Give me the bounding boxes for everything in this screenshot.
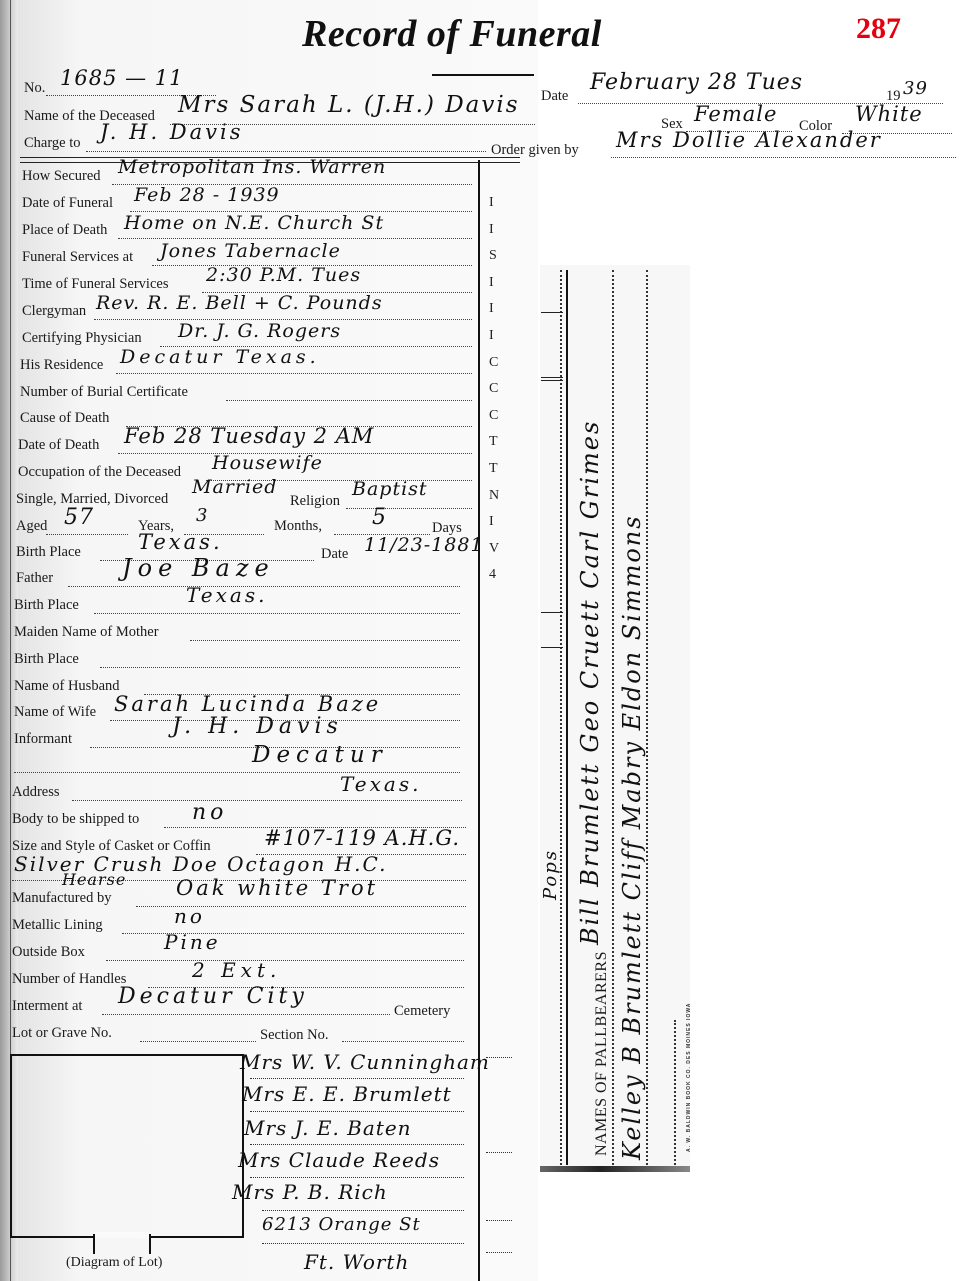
religion-label: Religion [290, 493, 340, 510]
address-label: Address [12, 784, 60, 801]
informant-value: J. H. Davis [172, 714, 343, 739]
occupation-value: Housewife [212, 452, 323, 474]
deceased-name-value: Mrs Sarah L. (J.H.) Davis [178, 92, 520, 118]
flower-bearer-5: Mrs P. B. Rich [232, 1180, 388, 1204]
informant-city: Decatur [252, 742, 388, 768]
lot-diagram-entry-left [93, 1234, 95, 1254]
religion-value: Baptist [352, 478, 428, 500]
lot-label: Lot or Grave No. [12, 1025, 112, 1042]
body-shipped-label: Body to be shipped to [12, 811, 139, 828]
date-of-funeral-label: Date of Funeral [22, 195, 113, 212]
date-value: February 28 Tues [590, 70, 803, 95]
handles-label: Number of Handles [12, 971, 126, 988]
date-label: Date [541, 88, 568, 105]
place-of-death-value: Home on N.E. Church St [124, 212, 384, 234]
charge-to-line [86, 151, 486, 152]
wife-label: Name of Wife [14, 704, 96, 721]
cause-of-death-label: Cause of Death [20, 410, 109, 427]
religion-line [346, 508, 472, 509]
certifying-physician-label: Certifying Physician [22, 330, 142, 347]
metallic-lining-label: Metallic Lining [12, 917, 103, 934]
residence-line [116, 373, 472, 374]
no-label: No. [24, 80, 45, 97]
residence-label: His Residence [20, 357, 103, 374]
strip-dotted-line-2 [612, 270, 614, 1165]
charge-to-label: Charge to [24, 135, 81, 152]
lot-diagram-label: (Diagram of Lot) [66, 1255, 162, 1271]
address-line [72, 800, 462, 801]
place-of-death-line [118, 238, 472, 239]
strip-dotted-line-1 [560, 270, 562, 1165]
mother-birth-place-label: Birth Place [14, 651, 79, 668]
title-underline [432, 74, 534, 76]
letter: S [489, 243, 501, 270]
date-of-death-label: Date of Death [18, 437, 99, 454]
mother-birth-place-line [100, 667, 460, 668]
address-value: Texas. [340, 772, 421, 796]
birth-place-text: Texas. [138, 530, 223, 554]
section-line [342, 1041, 464, 1042]
burial-certificate-line [226, 400, 472, 401]
letter: T [489, 456, 501, 483]
column-divider [478, 160, 480, 1281]
manufactured-overwrite: Hearse [62, 870, 126, 889]
color-value: White [855, 102, 923, 126]
lot-diagram-opening [93, 1232, 149, 1238]
how-secured-value: Metropolitan Ins. Warren [118, 156, 386, 178]
letter: I [489, 296, 501, 323]
letter: N [489, 483, 501, 510]
residence-value: Decatur Texas. [120, 346, 320, 368]
aged-years-value: 57 [64, 505, 94, 530]
time-of-services-value: 2:30 P.M. Tues [206, 264, 361, 286]
flower-bearer-2: Mrs E. E. Brumlett [242, 1082, 452, 1106]
letter: I [489, 323, 501, 350]
certifying-physician-value: Dr. J. G. Rogers [178, 320, 341, 342]
cemetery-label: Cemetery [394, 1003, 450, 1020]
strip-tick [541, 380, 563, 381]
aged-months-value: 3 [196, 505, 208, 526]
clergyman-label: Clergyman [22, 303, 86, 320]
page-number: 287 [856, 12, 901, 46]
burial-certificate-label: Number of Burial Certificate [20, 384, 188, 401]
flower-bearer-4: Mrs Claude Reeds [238, 1148, 440, 1172]
manufactured-value: Oak white Trot [176, 876, 378, 900]
letter: I [489, 270, 501, 297]
strip-tick [541, 312, 563, 313]
record-number: 1685 — 11 [60, 66, 184, 90]
strip-tick [541, 612, 563, 613]
outside-box-value: Pine [164, 930, 221, 954]
right-stub-1 [486, 1057, 512, 1058]
letter: 4 [489, 562, 501, 589]
strip-edge-shadow [540, 1166, 690, 1172]
father-value: Joe Baze [122, 554, 275, 582]
aged-days-value: 5 [372, 505, 387, 530]
lot-diagram-entry-right [149, 1234, 151, 1254]
letter: I [489, 217, 501, 244]
pallbearers-column-2: Kelley B Brumlett Cliff Mabry Eldon Simm… [618, 514, 646, 1160]
date-of-funeral-value: Feb 28 - 1939 [134, 184, 280, 206]
birth-date-value: 11/23-1881 [364, 534, 484, 556]
casket-value: #107-119 A.H.G. [264, 826, 460, 850]
flower-line-3 [250, 1144, 464, 1145]
aged-label: Aged [16, 518, 47, 535]
months-label: Months, [274, 518, 322, 535]
father-label: Father [16, 570, 53, 587]
interment-value: Decatur City [118, 984, 308, 1009]
flower-bearer-1: Mrs W. V. Cunningham [240, 1050, 490, 1074]
outside-box-line [106, 960, 464, 961]
charge-to-value: J. H. Davis [100, 120, 244, 144]
funeral-services-at-label: Funeral Services at [22, 249, 133, 266]
record-page: Record of Funeral 287 No. 1685 — 11 Date… [0, 0, 963, 1281]
flower-line-6 [262, 1243, 464, 1244]
pallbearers-strip [540, 265, 690, 1172]
aged-years-line [46, 534, 128, 535]
father-birth-place-value: Texas. [186, 583, 267, 607]
body-shipped-value: no [192, 800, 227, 825]
truncated-column-letters: I I S I I I C C C T T N I V 4 [489, 190, 501, 589]
right-stub-3 [486, 1220, 512, 1221]
flower-bearer-3: Mrs J. E. Baten [244, 1116, 412, 1140]
date-of-death-value: Feb 28 Tuesday 2 AM [124, 424, 374, 448]
strip-dotted-line-3 [646, 270, 648, 1165]
right-stub-4 [486, 1252, 512, 1253]
marital-value: Married [192, 476, 277, 498]
maiden-name-label: Maiden Name of Mother [14, 624, 159, 641]
right-stub-2 [486, 1152, 512, 1153]
order-given-by-line [611, 157, 956, 158]
lot-diagram-box [10, 1054, 244, 1238]
section-label: Section No. [260, 1027, 328, 1044]
time-of-services-label: Time of Funeral Services [22, 276, 168, 293]
flower-line-2 [250, 1111, 464, 1112]
interment-label: Interment at [12, 998, 82, 1015]
flower-line-1 [250, 1078, 464, 1079]
letter: C [489, 376, 501, 403]
maiden-name-line [190, 640, 460, 641]
interment-line [102, 1014, 390, 1015]
document-title: Record of Funeral [302, 12, 602, 56]
strip-solid-line [566, 270, 568, 1165]
flower-city: Ft. Worth [304, 1250, 409, 1274]
father-birth-place-label: Birth Place [14, 597, 79, 614]
letter: V [489, 536, 501, 563]
flower-line-5 [262, 1210, 464, 1211]
letter: T [489, 429, 501, 456]
letter: I [489, 509, 501, 536]
letter: I [489, 190, 501, 217]
lot-line [140, 1041, 256, 1042]
letter: C [489, 350, 501, 377]
manufactured-label: Manufactured by [12, 890, 111, 907]
pallbearers-fragment: Pops [540, 849, 561, 900]
pallbearers-column-1: Bill Brumlett Geo Cruett Carl Grimes [576, 420, 604, 945]
father-birth-place-line [94, 613, 460, 614]
flower-line-4 [250, 1177, 464, 1178]
order-given-by-value: Mrs Dollie Alexander [616, 128, 882, 152]
occupation-label: Occupation of the Deceased [18, 464, 181, 481]
funeral-services-at-value: Jones Tabernacle [160, 240, 341, 262]
birth-date-label: Date [321, 546, 348, 563]
metallic-lining-value: no [174, 904, 205, 928]
husband-label: Name of Husband [14, 678, 120, 695]
sex-value: Female [694, 102, 777, 126]
how-secured-label: How Secured [22, 168, 101, 185]
year-suffix: 39 [903, 78, 928, 99]
pallbearers-caption: NAMES OF PALLBEARERS [593, 951, 611, 1156]
handles-value: 2 Ext. [192, 958, 281, 982]
strip-tick [541, 647, 563, 648]
strip-dotted-line-4 [674, 1020, 676, 1165]
strip-tick [541, 377, 563, 378]
flower-address: 6213 Orange St [262, 1214, 421, 1235]
outside-box-label: Outside Box [12, 944, 85, 961]
clergyman-value: Rev. R. E. Bell + C. Pounds [96, 292, 383, 314]
informant-label: Informant [14, 731, 72, 748]
wife-value: Sarah Lucinda Baze [114, 692, 381, 716]
birth-place-label: Birth Place [16, 544, 81, 561]
printer-imprint: A. W. BALDWIN BOOK CO. DES MOINES IOWA [686, 1003, 692, 1152]
letter: C [489, 403, 501, 430]
place-of-death-label: Place of Death [22, 222, 107, 239]
